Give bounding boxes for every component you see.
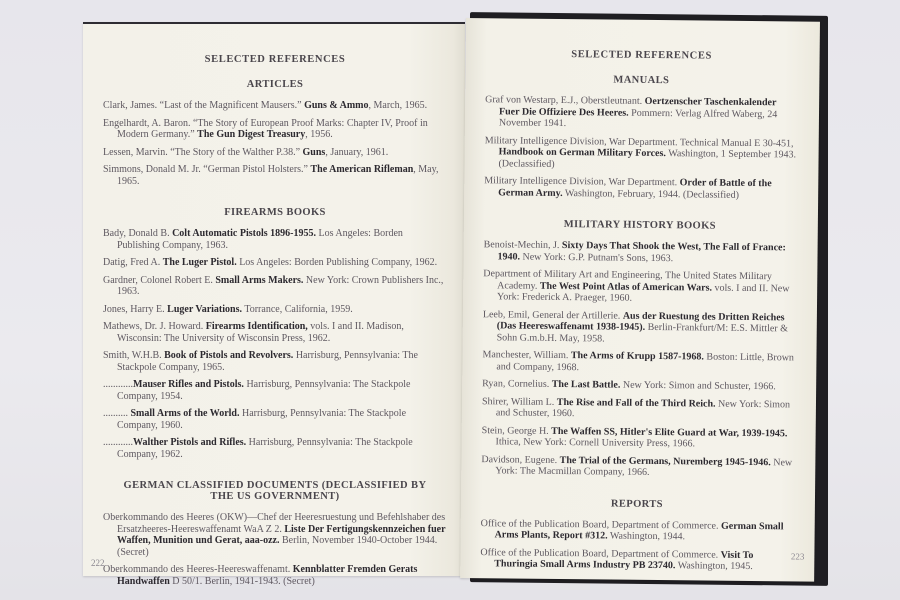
reference-author: Stein, George H.	[482, 425, 552, 437]
reference-entry: .......... Small Arms of the World. Harr…	[103, 408, 447, 431]
reference-author: Davidson, Eugene.	[481, 454, 559, 466]
reference-entry: Oberkommando des Heeres (OKW)—Chef der H…	[103, 512, 447, 558]
reference-title: Book of Pistols and Revolvers.	[164, 350, 293, 361]
german-documents-list: Oberkommando des Heeres (OKW)—Chef der H…	[103, 512, 447, 587]
reference-entry: Graf von Westarp, E.J., Oberstleutnant. …	[485, 94, 797, 132]
reference-author: Ryan, Cornelius.	[482, 378, 552, 390]
reference-publication: New York: G.P. Putnam's Sons, 1963.	[520, 251, 673, 264]
reference-author: ............	[103, 437, 133, 448]
reference-entry: Engelhardt, A. Baron. “The Story of Euro…	[103, 118, 447, 141]
reference-author: Shirer, William L.	[482, 396, 557, 408]
page-title: SELECTED REFERENCES	[486, 48, 798, 62]
reference-author: Bady, Donald B.	[103, 228, 172, 239]
reference-author: Oberkommando des Heeres-Heereswaffenamt.	[103, 564, 293, 575]
right-page: SELECTED REFERENCES MANUALS Graf von Wes…	[460, 18, 820, 582]
reference-title: The Rise and Fall of the Third Reich.	[557, 396, 716, 409]
reference-entry: Oberkommando des Heeres-Heereswaffenamt.…	[103, 564, 447, 587]
open-book: SELECTED REFERENCES ARTICLES Clark, Jame…	[0, 0, 900, 600]
reference-title: Small Arms Makers.	[215, 275, 303, 286]
reference-publication: Washington, February, 1944. (Declassifie…	[563, 188, 739, 201]
reference-entry: Smith, W.H.B. Book of Pistols and Revolv…	[103, 350, 447, 373]
reference-entry: Simmons, Donald M. Jr. “German Pistol Ho…	[103, 164, 447, 187]
section-heading-military-history: MILITARY HISTORY BOOKS	[484, 218, 796, 232]
reference-author: Clark, James. “Last of the Magnificent M…	[103, 100, 304, 111]
reference-entry: Shirer, William L. The Rise and Fall of …	[482, 396, 794, 422]
reference-author: ............	[103, 379, 133, 390]
reference-entry: Bady, Donald B. Colt Automatic Pistols 1…	[103, 228, 447, 251]
page-number: 222	[91, 558, 105, 568]
reports-list: Office of the Publication Board, Departm…	[480, 518, 793, 573]
section-heading-manuals: MANUALS	[485, 73, 797, 87]
reference-entry: Mathews, Dr. J. Howard. Firearms Identif…	[103, 321, 447, 344]
reference-author: Simmons, Donald M. Jr. “German Pistol Ho…	[103, 164, 311, 175]
reference-publication: , 1956.	[305, 129, 333, 140]
manuals-list: Graf von Westarp, E.J., Oberstleutnant. …	[484, 94, 797, 201]
reference-author: Manchester, William.	[482, 349, 571, 361]
reference-title: The Last Battle.	[552, 379, 621, 391]
reference-entry: ............Walther Pistols and Rifles. …	[103, 437, 447, 460]
reference-title: The Arms of Krupp 1587-1968.	[571, 350, 704, 362]
reference-entry: Davidson, Eugene. The Trial of the Germa…	[481, 454, 793, 480]
reference-entry: Jones, Harry E. Luger Variations. Torran…	[103, 304, 447, 316]
reference-title: Mauser Rifles and Pistols.	[133, 379, 244, 390]
reference-author: Mathews, Dr. J. Howard.	[103, 321, 206, 332]
reference-entry: Department of Military Art and Engineeri…	[483, 268, 795, 306]
reference-title: Luger Variations.	[167, 304, 242, 315]
reference-publication: , March, 1965.	[369, 100, 428, 111]
reference-author: ..........	[103, 408, 131, 419]
left-page: SELECTED REFERENCES ARTICLES Clark, Jame…	[83, 22, 465, 576]
articles-list: Clark, James. “Last of the Magnificent M…	[103, 100, 447, 187]
reference-title: The American Rifleman	[311, 164, 414, 175]
reference-entry: ............Mauser Rifles and Pistols. H…	[103, 379, 447, 402]
reference-author: Smith, W.H.B.	[103, 350, 164, 361]
reference-entry: Military Intelligence Division, War Depa…	[484, 175, 796, 201]
reference-entry: Gardner, Colonel Robert E. Small Arms Ma…	[103, 275, 447, 298]
section-heading-reports: REPORTS	[481, 497, 793, 511]
reference-title: The Luger Pistol.	[163, 257, 237, 268]
reference-publication: Torrance, California, 1959.	[242, 304, 353, 315]
reference-title: Firearms Identification,	[206, 321, 308, 332]
reference-author: Datig, Fred A.	[103, 257, 163, 268]
reference-entry: Ryan, Cornelius. The Last Battle. New Yo…	[482, 378, 794, 393]
reference-title: Small Arms of the World.	[131, 408, 240, 419]
reference-entry: Clark, James. “Last of the Magnificent M…	[103, 100, 447, 112]
page-number: 223	[791, 551, 805, 561]
section-heading-firearms-books: FIREARMS BOOKS	[103, 207, 447, 218]
reference-title: The Gun Digest Treasury	[197, 129, 305, 140]
reference-entry: Benoist-Mechin, J. Sixty Days That Shook…	[483, 239, 795, 265]
section-heading-german-documents: GERMAN CLASSIFIED DOCUMENTS (DECLASSIFIE…	[103, 480, 447, 502]
reference-entry: Stein, George H. The Waffen SS, Hitler's…	[482, 425, 794, 451]
reference-author: Lessen, Marvin. “The Story of the Walthe…	[103, 147, 303, 158]
military-history-list: Benoist-Mechin, J. Sixty Days That Shook…	[481, 239, 795, 480]
reference-author: Jones, Harry E.	[103, 304, 167, 315]
reference-entry: Office of the Publication Board, Departm…	[481, 518, 793, 544]
reference-publication: Los Angeles: Borden Publishing Company, …	[237, 257, 437, 268]
reference-entry: Leeb, Emil, General der Artillerie. Aus …	[483, 309, 795, 347]
reference-entry: Office of the Publication Board, Departm…	[480, 547, 792, 573]
reference-entry: Manchester, William. The Arms of Krupp 1…	[482, 349, 794, 375]
reference-title: Guns & Ammo	[304, 100, 368, 111]
reference-publication: , January, 1961.	[325, 147, 388, 158]
reference-title: Colt Automatic Pistols 1896-1955.	[172, 228, 316, 239]
reference-entry: Datig, Fred A. The Luger Pistol. Los Ang…	[103, 257, 447, 269]
reference-title: Guns	[303, 147, 326, 158]
reference-publication: Washington, 1945.	[675, 560, 752, 572]
reference-publication: Washington, 1944.	[608, 531, 685, 543]
firearms-books-list: Bady, Donald B. Colt Automatic Pistols 1…	[103, 228, 447, 460]
reference-publication: Ithica, New York: Cornell University Pre…	[496, 436, 696, 449]
reference-author: Benoist-Mechin, J.	[484, 239, 562, 251]
section-heading-articles: ARTICLES	[103, 79, 447, 90]
reference-author: Leeb, Emil, General der Artillerie.	[483, 309, 623, 321]
reference-entry: Military Intelligence Division, War Depa…	[484, 135, 796, 173]
reference-entry: Lessen, Marvin. “The Story of the Walthe…	[103, 147, 447, 159]
reference-title: Walther Pistols and Rifles.	[133, 437, 246, 448]
page-title: SELECTED REFERENCES	[103, 54, 447, 65]
reference-author: Gardner, Colonel Robert E.	[103, 275, 215, 286]
reference-publication: D 50/1. Berlin, 1941-1943. (Secret)	[170, 576, 315, 587]
reference-publication: New York: Simon and Schuster, 1966.	[620, 380, 776, 393]
